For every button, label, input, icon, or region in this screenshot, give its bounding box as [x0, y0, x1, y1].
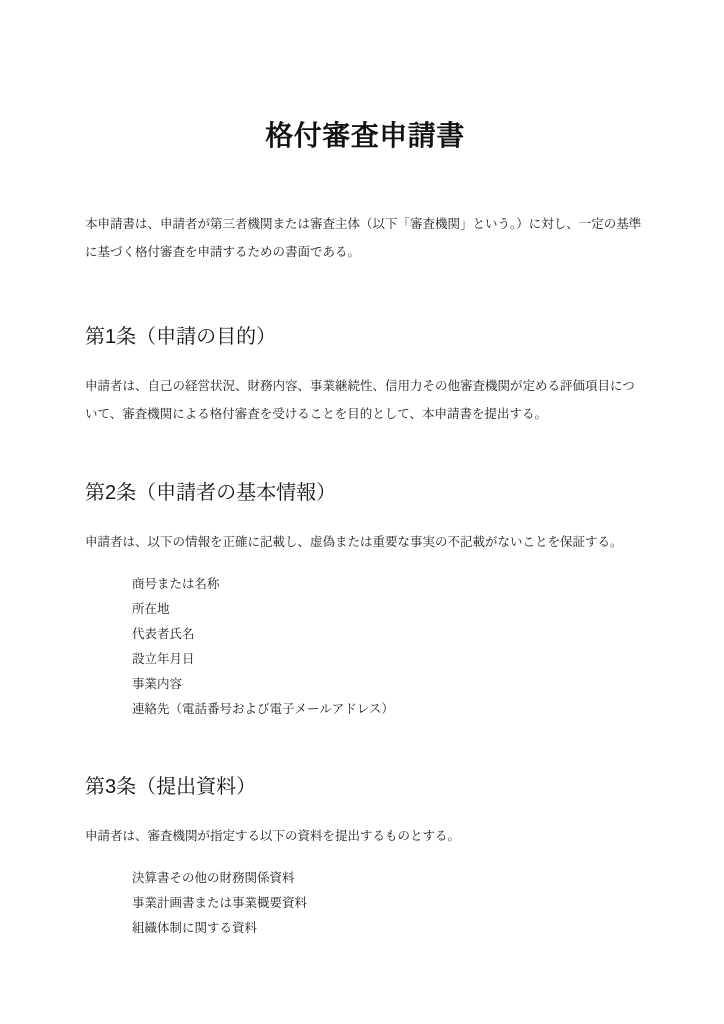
article-2-heading: 第2条（申請者の基本情報） — [85, 480, 645, 506]
section-article-1: 第1条（申請の目的） 申請者は、自己の経営状況、財務内容、事業継続性、信用力その… — [85, 324, 645, 428]
article-2-body: 申請者は、以下の情報を正確に記載し、虚偽または重要な事実の不記載がないことを保証… — [85, 528, 645, 556]
list-item: 決算書その他の財務関係資料 — [132, 866, 645, 891]
list-item: 組織体制に関する資料 — [132, 916, 645, 941]
document-title: 格付審査申請書 — [85, 0, 645, 156]
applicant-info-list: 商号または名称 所在地 代表者氏名 設立年月日 事業内容 連絡先（電話番号および… — [85, 572, 645, 722]
article-1-body: 申請者は、自己の経営状況、財務内容、事業継続性、信用力その他審査機関が定める評価… — [85, 372, 645, 428]
list-item: 事業内容 — [132, 672, 645, 697]
submission-documents-list: 決算書その他の財務関係資料 事業計画書または事業概要資料 組織体制に関する資料 — [85, 866, 645, 941]
list-item: 連絡先（電話番号および電子メールアドレス） — [132, 697, 645, 722]
list-item: 所在地 — [132, 597, 645, 622]
list-item: 設立年月日 — [132, 647, 645, 672]
document-page: 格付審査申請書 本申請書は、申請者が第三者機関または審査主体（以下「審査機関」と… — [0, 0, 724, 1024]
section-article-3: 第3条（提出資料） 申請者は、審査機関が指定する以下の資料を提出するものとする。… — [85, 774, 645, 941]
article-1-heading: 第1条（申請の目的） — [85, 324, 645, 350]
list-item: 代表者氏名 — [132, 622, 645, 647]
section-article-2: 第2条（申請者の基本情報） 申請者は、以下の情報を正確に記載し、虚偽または重要な… — [85, 480, 645, 722]
intro-paragraph: 本申請書は、申請者が第三者機関または審査主体（以下「審査機関」という。）に対し、… — [85, 210, 645, 266]
list-item: 事業計画書または事業概要資料 — [132, 891, 645, 916]
article-3-body: 申請者は、審査機関が指定する以下の資料を提出するものとする。 — [85, 822, 645, 850]
list-item: 商号または名称 — [132, 572, 645, 597]
article-3-heading: 第3条（提出資料） — [85, 774, 645, 800]
